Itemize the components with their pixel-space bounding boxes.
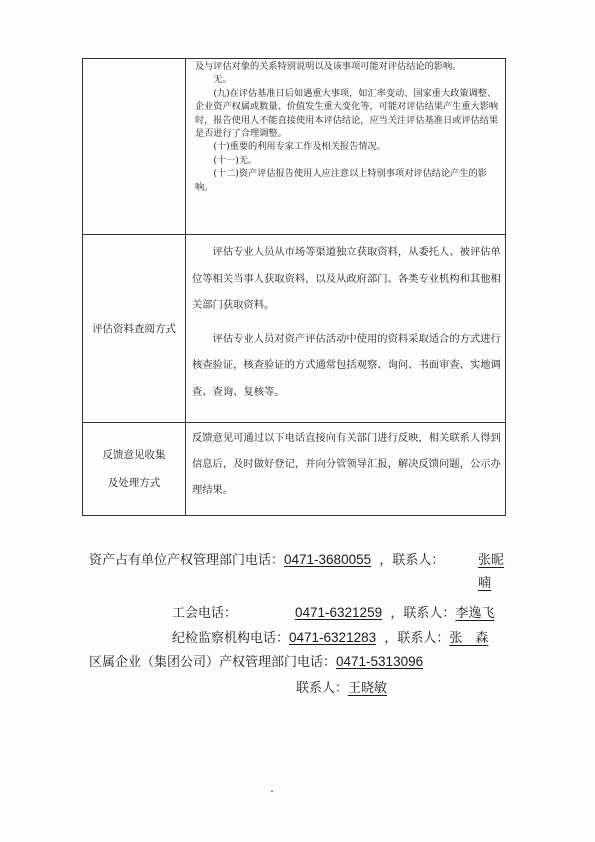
table-row-data-access: 评估资料查阅方式 评估专业人员从市场等渠道独立获取资料，从委托人、被评估单位等相…	[83, 235, 506, 423]
data-access-content: 评估专业人员从市场等渠道独立获取资料，从委托人、被评估单位等相关当事人获取资料，…	[185, 235, 505, 423]
union-phone: 0471-6321259	[295, 605, 382, 620]
paragraph: (十)重要的利用专家工作及相关报告情况。	[195, 140, 501, 153]
row-label-data-access: 评估资料查阅方式	[83, 235, 186, 423]
paragraph: (九)在评估基准日后如遇重大事项，如汇率变动、国家重大政策调整、企业资产权属或数…	[195, 87, 501, 141]
district-phone: 0471-5313096	[336, 654, 423, 669]
union-contact-label: ，联系人：	[390, 606, 455, 621]
feedback-content: 反馈意见可通过以下电话直接向有关部门进行反映，相关联系人得到信息后，及时做好登记…	[185, 423, 505, 516]
table-row-feedback: 反馈意见收集 及处理方式 反馈意见可通过以下电话直接向有关部门进行反映，相关联系…	[83, 423, 506, 516]
special-matters-content: 及与评估对象的关系特别说明以及该事项可能对评估结论的影响。 无。 (九)在评估基…	[185, 59, 505, 235]
paragraph: (十一)无。	[195, 154, 501, 167]
discipline-phone: 0471-6321283	[289, 630, 376, 645]
row-label-empty	[83, 59, 186, 235]
discipline-label: 纪检监察机构电话：	[172, 631, 289, 646]
union-label: 工会电话：	[172, 606, 237, 621]
paragraph: 评估专业人员对资产评估活动中使用的资料采取适合的方式进行核查验证，核查验证的方式…	[192, 326, 501, 406]
discipline-contact: 张 森	[449, 631, 488, 646]
union-line: 工会电话：	[172, 602, 237, 621]
info-table: 及与评估对象的关系特别说明以及该事项可能对评估结论的影响。 无。 (九)在评估基…	[82, 58, 506, 516]
union-phone-line: 0471-6321259 ，联系人：李逸飞	[295, 602, 494, 621]
document-page: 及与评估对象的关系特别说明以及该事项可能对评估结论的影响。 无。 (九)在评估基…	[0, 0, 595, 842]
paragraph: 及与评估对象的关系特别说明以及该事项可能对评估结论的影响。	[195, 60, 501, 73]
paragraph: 无。	[195, 73, 501, 86]
label-line: 及处理方式	[83, 469, 185, 497]
district-line: 区属企业（集团公司）产权管理部门电话：0471-5313096	[89, 651, 423, 670]
label-line: 反馈意见收集	[83, 441, 185, 469]
discipline-line: 纪检监察机构电话：0471-6321283 ，联系人：张 森	[172, 627, 488, 646]
table-row-special-matters: 及与评估对象的关系特别说明以及该事项可能对评估结论的影响。 无。 (九)在评估基…	[83, 59, 506, 235]
union-contact: 李逸飞	[455, 606, 494, 621]
paragraph: 评估专业人员从市场等渠道独立获取资料，从委托人、被评估单位等相关当事人获取资料，…	[192, 239, 501, 319]
property-dept-contact-label: ，联系人：	[379, 553, 444, 568]
paragraph: (十二)资产评估报告使用人应注意以上特别事项对评估结论产生的影响。	[195, 167, 501, 194]
property-dept-line: 资产占有单位产权管理部门电话：0471-3680055 ，联系人：	[89, 549, 444, 568]
property-dept-contact: 张昵喃	[478, 549, 508, 595]
district-contact-line: 联系人：王晓敏	[296, 677, 387, 696]
property-dept-phone: 0471-3680055	[284, 552, 371, 567]
district-label: 区属企业（集团公司）产权管理部门电话：	[89, 655, 336, 670]
paragraph: 反馈意见可通过以下电话直接向有关部门进行反映，相关联系人得到信息后，及时做好登记…	[192, 425, 501, 503]
property-dept-label: 资产占有单位产权管理部门电话：	[89, 553, 284, 568]
discipline-contact-label: ，联系人：	[384, 631, 449, 646]
district-contact: 王晓敏	[348, 681, 387, 696]
row-label-feedback: 反馈意见收集 及处理方式	[83, 423, 186, 516]
district-contact-label: 联系人：	[296, 681, 348, 696]
scan-speck	[271, 790, 273, 792]
